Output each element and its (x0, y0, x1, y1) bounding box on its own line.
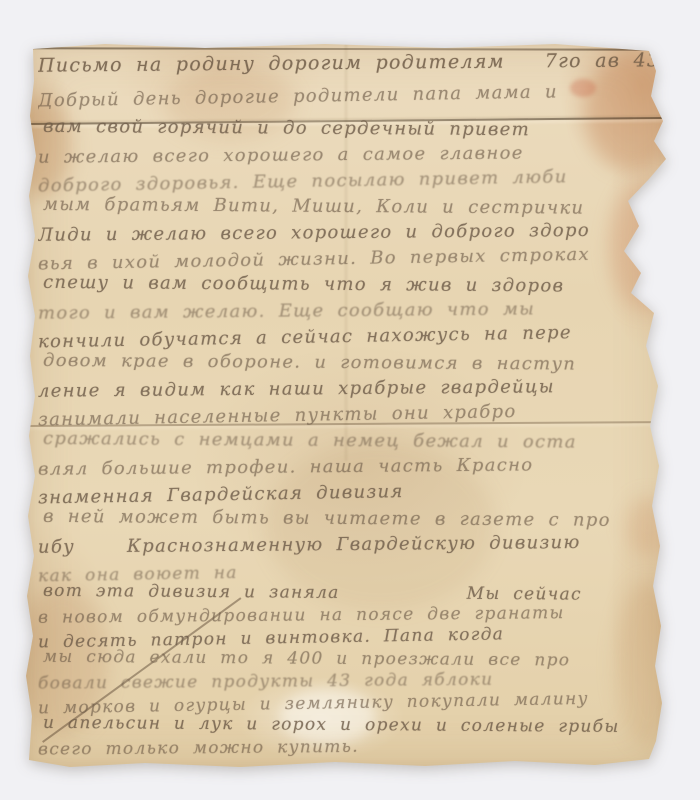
letter-line: всего только можно купить. (38, 732, 660, 759)
letter-text: Письмо на родину дорогим родителям 7го а… (38, 41, 660, 770)
letter-paper: Письмо на родину дорогим родителям 7го а… (25, 41, 668, 770)
letter-paper-wrap: Письмо на родину дорогим родителям 7го а… (25, 41, 668, 770)
scanned-letter-page: Письмо на родину дорогим родителям 7го а… (0, 0, 700, 800)
